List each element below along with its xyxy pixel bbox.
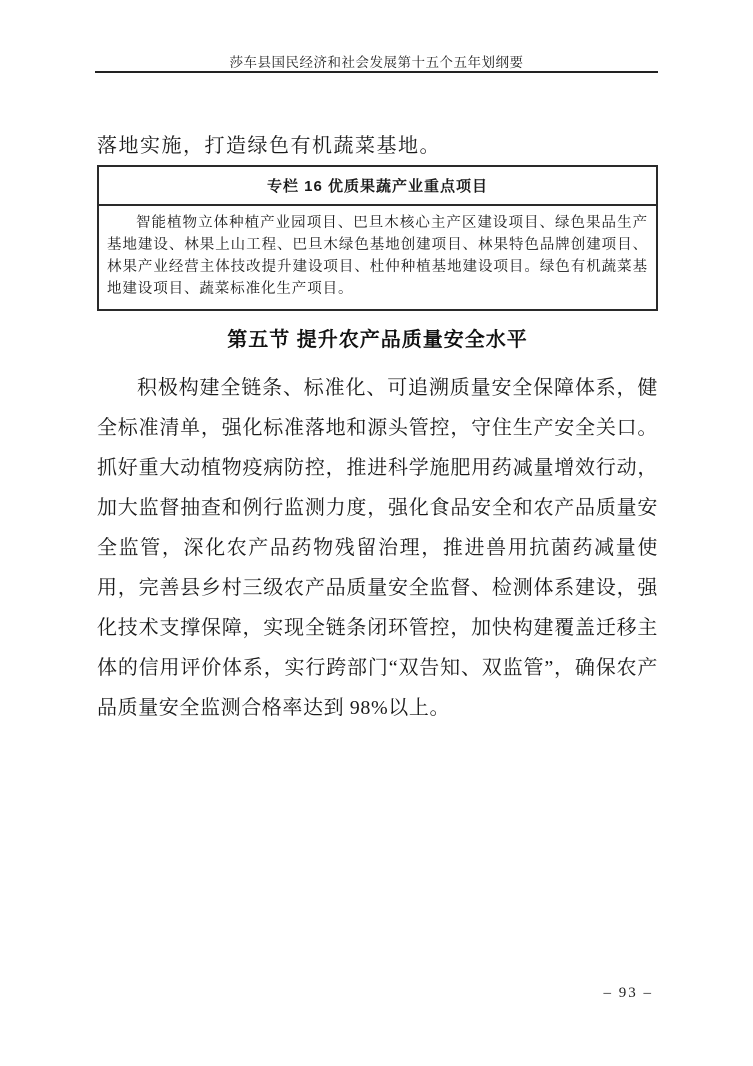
- content-column: 落地实施，打造绿色有机蔬菜基地。 专栏 16 优质果蔬产业重点项目 智能植物立体…: [97, 132, 658, 728]
- feature-box-title: 专栏 16 优质果蔬产业重点项目: [99, 167, 656, 206]
- running-header-title: 莎车县国民经济和社会发展第十五个五年划纲要: [0, 51, 753, 71]
- intro-paragraph: 落地实施，打造绿色有机蔬菜基地。: [97, 132, 658, 160]
- header-rule: [95, 71, 658, 73]
- page-number: – 93 –: [604, 985, 654, 1002]
- document-page: 莎车县国民经济和社会发展第十五个五年划纲要 落地实施，打造绿色有机蔬菜基地。 专…: [0, 0, 753, 1066]
- body-paragraph: 积极构建全链条、标准化、可追溯质量安全保障体系，健全标准清单，强化标准落地和源头…: [97, 368, 658, 728]
- feature-box-body: 智能植物立体种植产业园项目、巴旦木核心主产区建设项目、绿色果品生产基地建设、林果…: [99, 206, 656, 309]
- feature-box: 专栏 16 优质果蔬产业重点项目 智能植物立体种植产业园项目、巴旦木核心主产区建…: [97, 165, 658, 311]
- section-heading: 第五节 提升农产品质量安全水平: [97, 327, 658, 353]
